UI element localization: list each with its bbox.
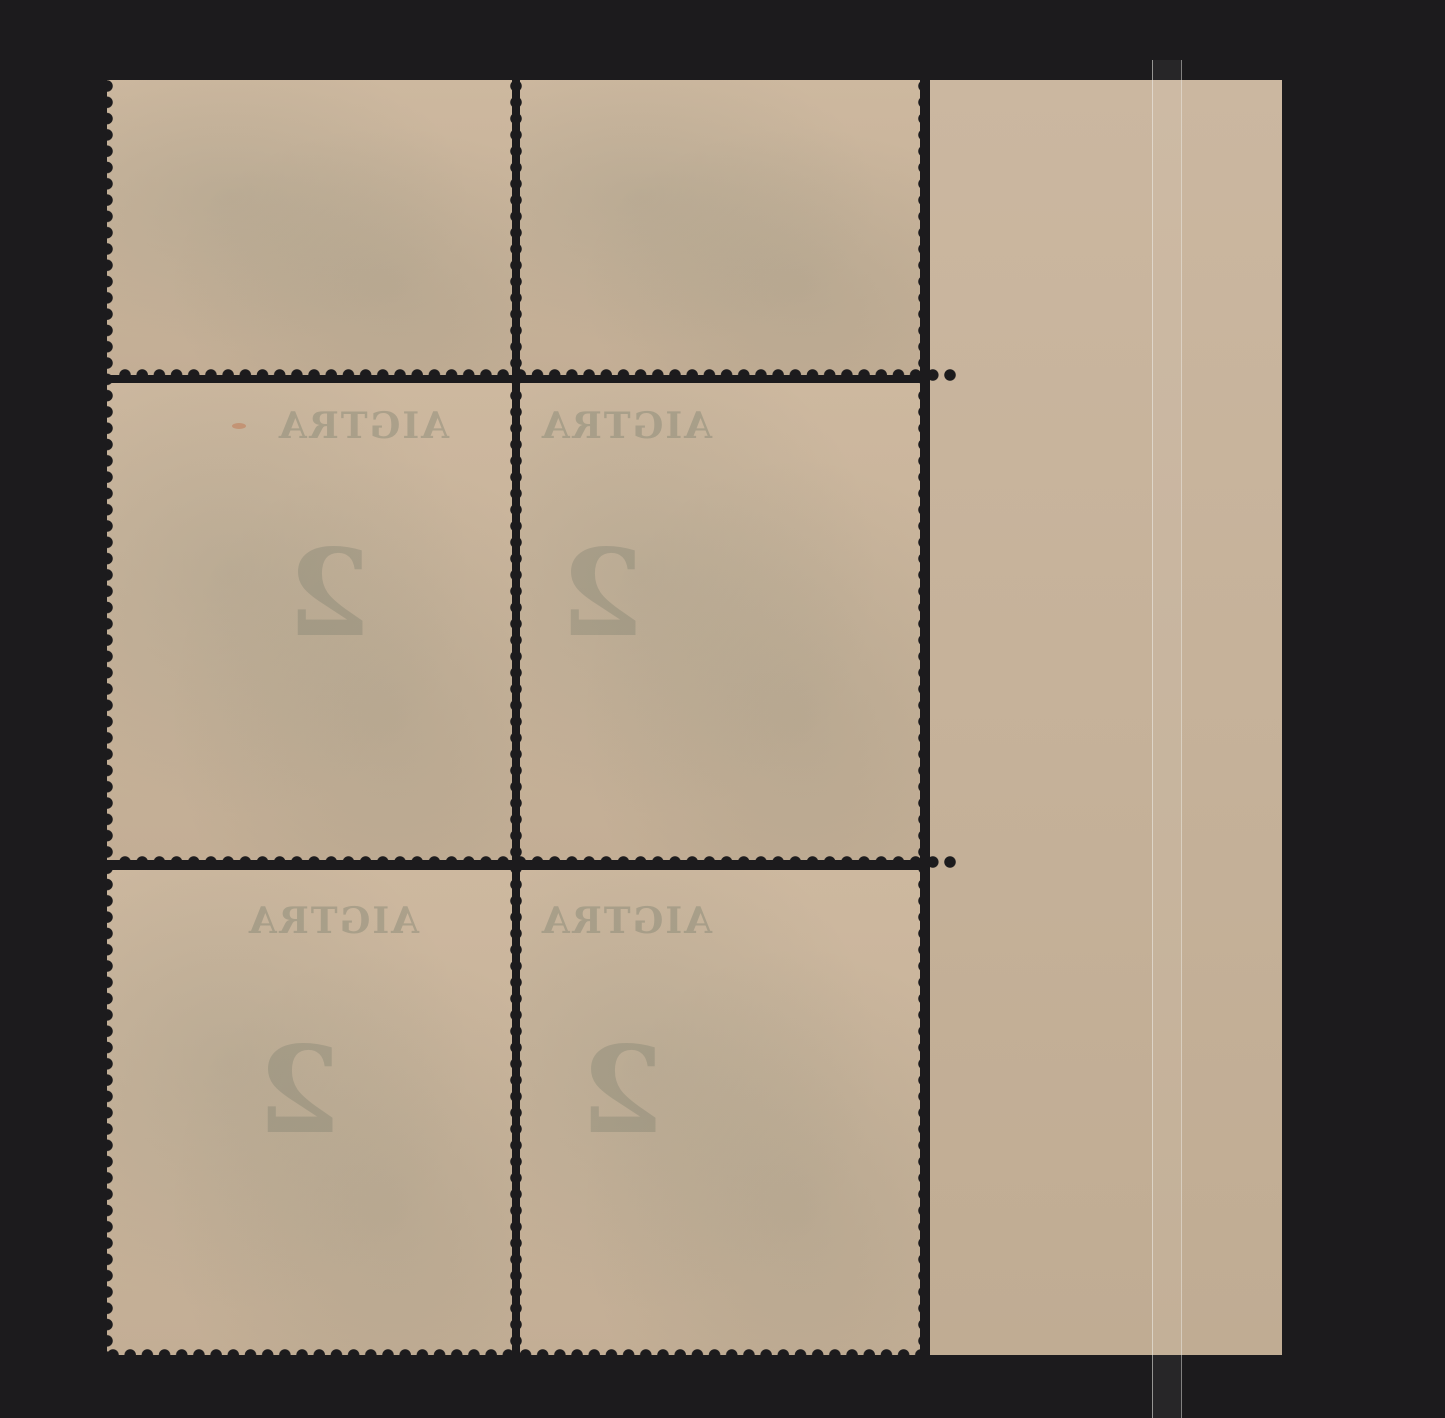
value-show-through: 2 xyxy=(287,523,371,664)
perforation-column-2 xyxy=(918,80,930,1355)
mount-strip xyxy=(1152,60,1182,1418)
perforation-column-1 xyxy=(510,80,522,1355)
value-show-through: 2 xyxy=(580,1020,664,1161)
stamp-block: AIGTRA 2 AIGTRA 2 AIGTRA 2 AIGTRA 2 xyxy=(107,80,1282,1355)
perforation-row-1 xyxy=(119,369,961,381)
perforation-row-2 xyxy=(119,856,961,868)
top-selvage-left xyxy=(107,80,512,375)
bottom-perforated-edge xyxy=(107,1349,930,1361)
stain-spot xyxy=(232,423,246,429)
top-selvage-right xyxy=(520,80,920,375)
left-perforated-edge xyxy=(101,80,113,1355)
stamp-name-show-through: AIGTRA xyxy=(540,405,712,447)
stamp-top-right: AIGTRA 2 xyxy=(520,383,920,860)
stamp-name-show-through: AIGTRA xyxy=(540,900,712,942)
value-show-through: 2 xyxy=(560,523,644,664)
stamp-bottom-right: AIGTRA 2 xyxy=(520,870,920,1355)
value-show-through: 2 xyxy=(257,1020,341,1161)
stamp-name-show-through: AIGTRA xyxy=(247,900,419,942)
stamp-top-left: AIGTRA 2 xyxy=(107,383,512,860)
right-selvage xyxy=(930,80,1282,1355)
stamp-bottom-left: AIGTRA 2 xyxy=(107,870,512,1355)
stamp-name-show-through: AIGTRA xyxy=(277,405,449,447)
